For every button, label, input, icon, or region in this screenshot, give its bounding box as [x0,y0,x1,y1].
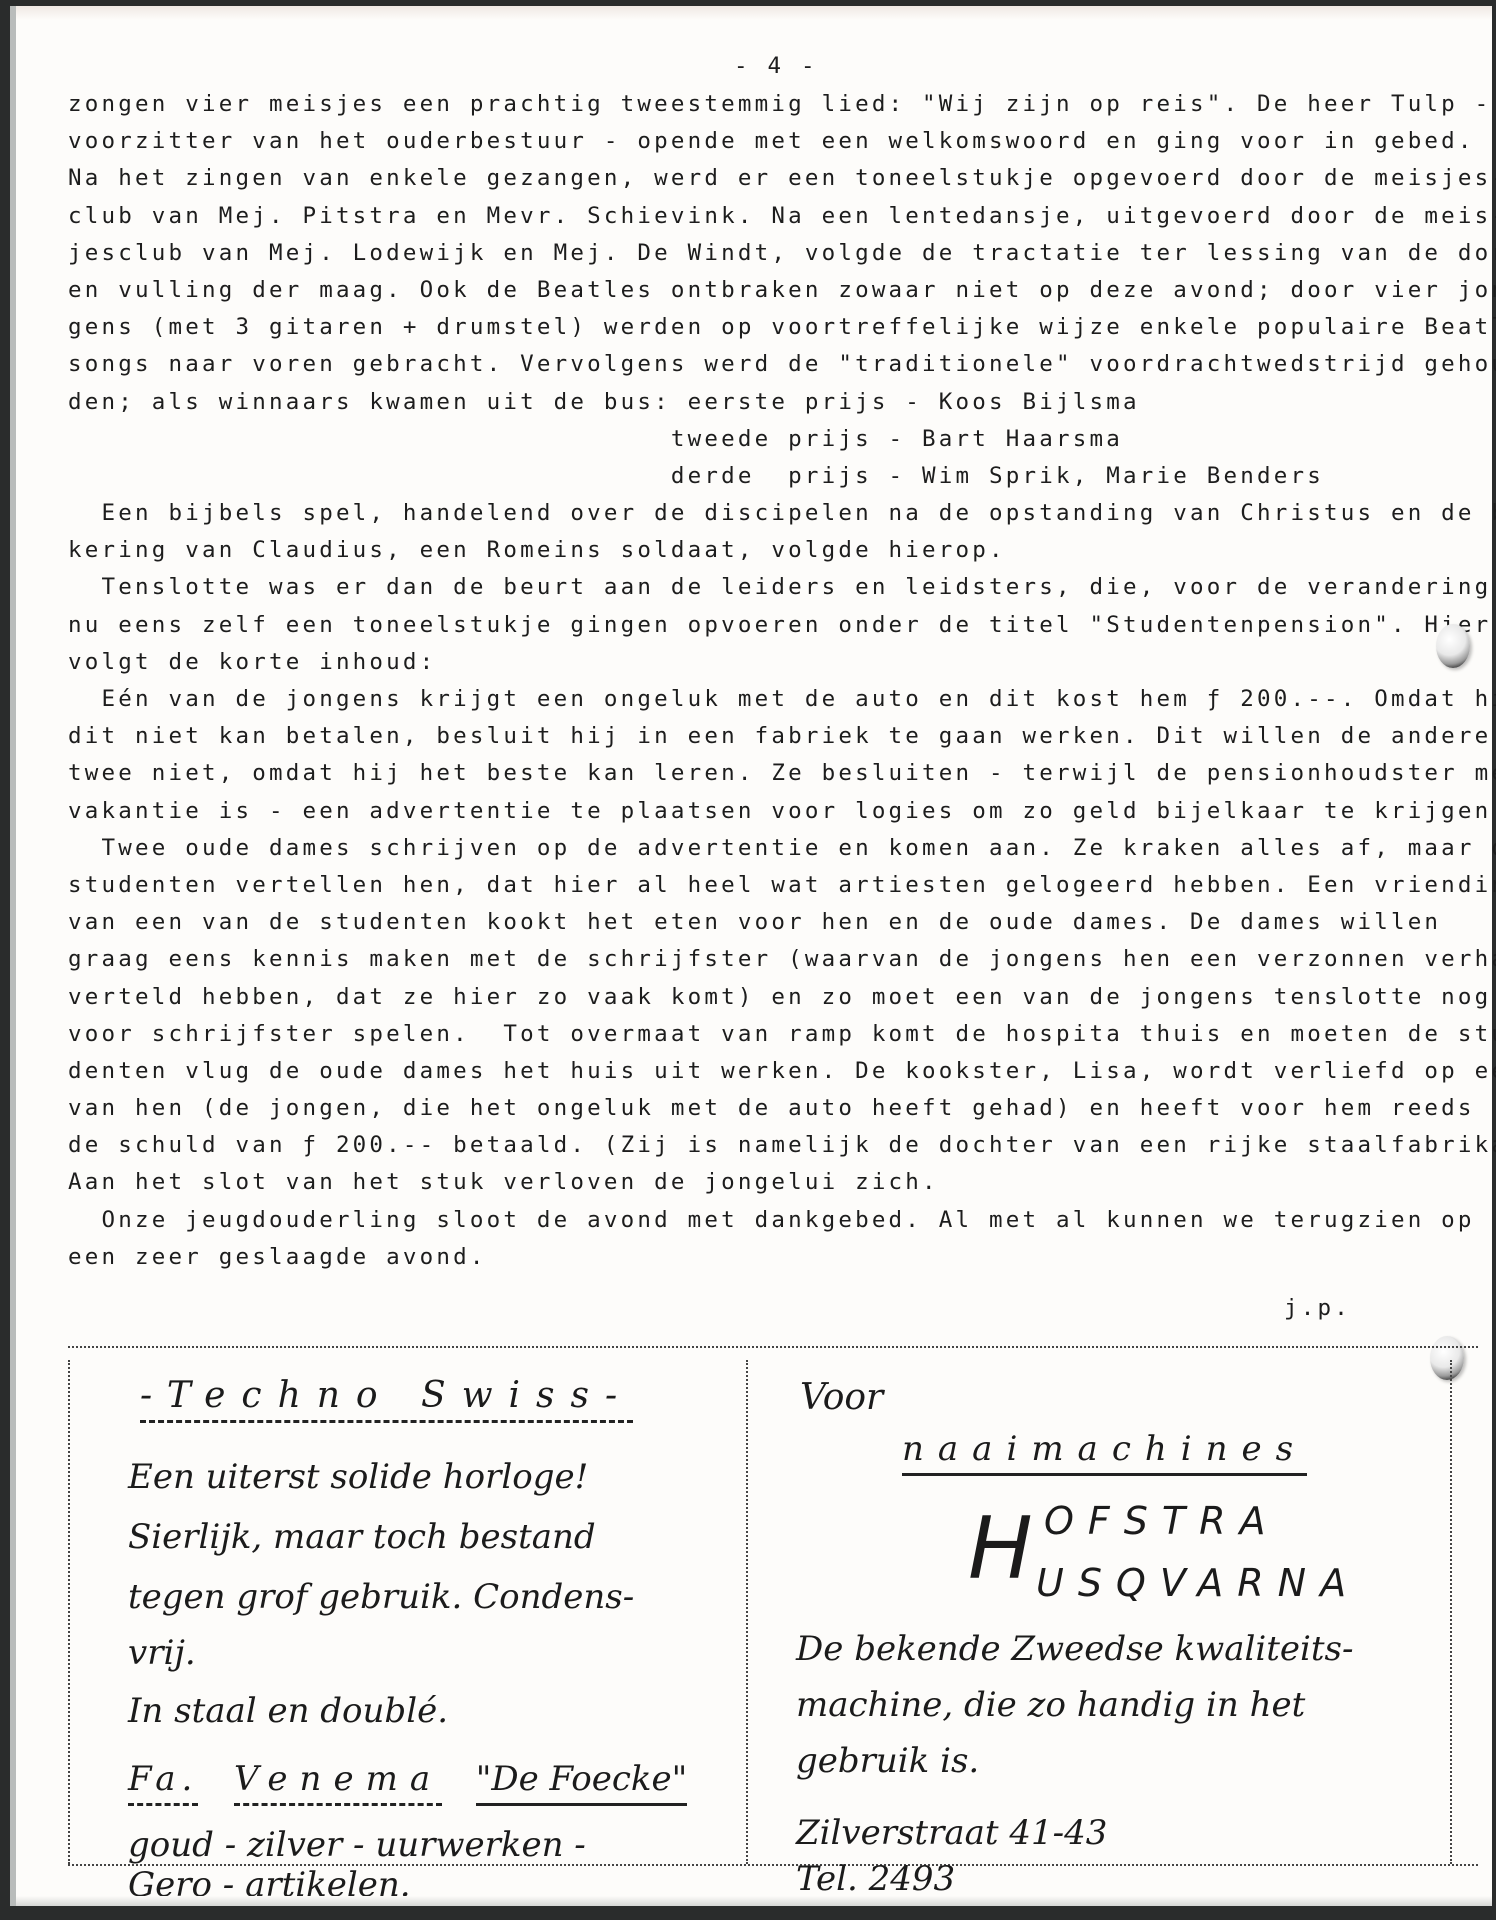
ad-text-line: Sierlijk, maar toch bestand [128,1520,596,1554]
ad-brand-title: -Techno Swiss- [140,1378,633,1414]
ad-hofstra-husqvarna: Voor naaimachines H OFSTRA USQVARNA De b… [748,1360,1452,1864]
ad-text-line: gebruik is. [796,1744,979,1778]
article-line: studenten vertellen hen, dat hier al hee… [68,867,1496,904]
article-line: vakantie is - een advertentie te plaatse… [68,793,1496,830]
article-line: van hen (de jongen, die het ongeluk met … [68,1090,1496,1127]
article-line: Onze jeugdouderling sloot de avond met d… [68,1202,1496,1239]
article-line: en vulling der maag. Ook de Beatles ontb… [68,272,1496,309]
article-line: gens (met 3 gitaren + drumstel) werden o… [68,309,1496,346]
article-line: nu eens zelf een toneelstukje gingen opv… [68,607,1496,644]
article-line: derde prijs - Wim Sprik, Marie Benders [68,458,1496,495]
article-line: van een van de studenten kookt het eten … [68,904,1496,941]
article-line: zongen vier meisjes een prachtig tweeste… [68,86,1496,123]
article-line: verteld hebben, dat ze hier zo vaak komt… [68,979,1496,1016]
ad-address: Zilverstraat 41-43 [796,1816,1107,1850]
article-line: Een bijbels spel, handelend over de disc… [68,495,1496,532]
ad-text-line: Een uiterst solide horloge! [128,1460,588,1494]
advertisements-section: -Techno Swiss- Een uiterst solide horlog… [68,1346,1478,1866]
ad-text-line: machine, die zo handig in het [796,1688,1305,1722]
article-line: volgt de korte inhoud: [68,644,1496,681]
article-line: Twee oude dames schrijven op de adverten… [68,830,1496,867]
article-line: graag eens kennis maken met de schrijfst… [68,941,1496,978]
ad-products-line: goud - zilver - uurwerken - [128,1828,586,1862]
article-line: de schuld van ƒ 200.-- betaald. (Zij is … [68,1127,1496,1164]
ad-firm-line: Fa. Venema "De Foecke" [128,1762,687,1796]
ad-products-line: Gero - artikelen. [128,1868,411,1902]
article-line: kering van Claudius, een Romeins soldaat… [68,532,1496,569]
punch-hole-icon [1436,624,1470,668]
article-line: Eén van de jongens krijgt een ongeluk me… [68,681,1496,718]
article-line: dit niet kan betalen, besluit hij in een… [68,718,1496,755]
ad-brand-line: OFSTRA [1044,1502,1280,1540]
article-line: Tenslotte was er dan de beurt aan de lei… [68,569,1496,606]
ad-text-line: tegen grof gebruik. Condens- [128,1580,634,1614]
ad-text-line: De bekende Zweedse kwaliteits- [796,1632,1353,1666]
article-line: den; als winnaars kwamen uit de bus: eer… [68,384,1496,421]
article-line: Aan het slot van het stuk verloven de jo… [68,1164,1496,1201]
article-line: denten vlug de oude dames het huis uit w… [68,1053,1496,1090]
author-signature: j.p. [1284,1290,1351,1327]
ad-phone: Tel. 2493 [796,1862,955,1896]
article-line: club van Mej. Pitstra en Mevr. Schievink… [68,198,1496,235]
article-line: jesclub van Mej. Lodewijk en Mej. De Win… [68,235,1496,272]
article-body: zongen vier meisjes een prachtig tweeste… [68,86,1496,1276]
ad-brand-initial: H [968,1506,1033,1592]
ad-techno-swiss: -Techno Swiss- Een uiterst solide horlog… [68,1360,748,1864]
ad-brand-line: USQVARNA [1036,1564,1360,1602]
ad-text-line: vrij. [128,1636,196,1670]
article-line: tweede prijs - Bart Haarsma [68,421,1496,458]
article-line: voorzitter van het ouderbestuur - opende… [68,123,1496,160]
page-number: - 4 - [734,48,818,85]
article-line: voor schrijfster spelen. Tot overmaat va… [68,1016,1496,1053]
article-line: een zeer geslaagde avond. [68,1239,1496,1276]
article-line: Na het zingen van enkele gezangen, werd … [68,160,1496,197]
document-page: - 4 - zongen vier meisjes een prachtig t… [10,6,1492,1906]
article-line: twee niet, omdat hij het beste kan leren… [68,755,1496,792]
ad-text-line: In staal en doublé. [128,1694,448,1728]
article-line: songs naar voren gebracht. Vervolgens we… [68,346,1496,383]
ad-intro: Voor [800,1380,883,1416]
ad-subject: naaimachines [902,1432,1307,1466]
